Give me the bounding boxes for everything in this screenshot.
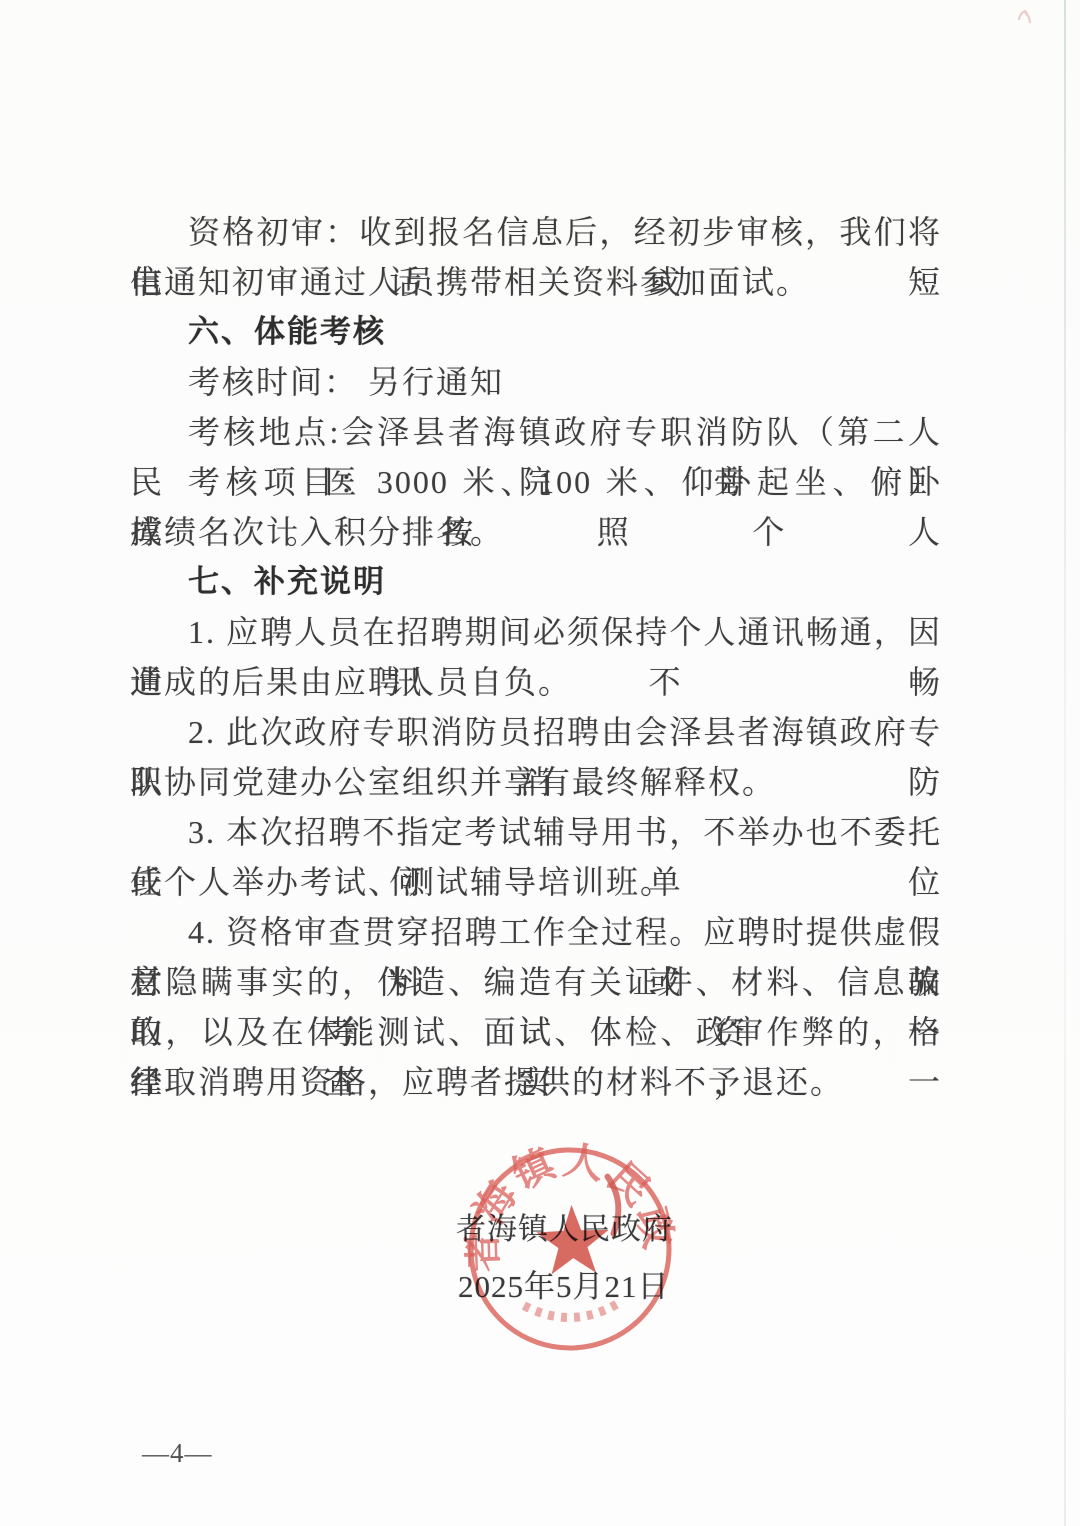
scanned-document-page: 资格初审：收到报名信息后，经初步审核，我们将电话或短信通知初审通过人员携带相关资…: [0, 0, 1080, 1526]
text-line: 资格初审：收到报名信息后，经初步审核，我们将电话或短: [130, 207, 942, 257]
scan-corner-mark: [1014, 2, 1034, 28]
text-line: 考核项目：3000 米、100 米、仰卧起坐、俯卧撑。按照个人: [130, 457, 942, 507]
text-line: 意隐瞒事实的，伪造、编造有关证件、材料、信息骗取考试资格: [130, 957, 942, 1007]
text-line: 2. 此次政府专职消防员招聘由会泽县者海镇政府专职消防: [130, 707, 942, 757]
text-line: 考核时间： 另行通知: [130, 357, 942, 407]
seal-star-icon: [535, 1204, 610, 1275]
text-line: 的，以及在体能测试、面试、体检、政审作弊的，一经查实，一: [130, 1007, 942, 1057]
text-line: 4. 资格审查贯穿招聘工作全过程。应聘时提供虚假材料或故: [130, 907, 942, 957]
text-line: 考核地点:会泽县者海镇政府专职消防队（第二人民医院旁）: [130, 407, 942, 457]
page-number: —4—: [142, 1438, 213, 1469]
text-line: 1. 应聘人员在招聘期间必须保持个人通讯畅通，因通讯不畅: [130, 607, 942, 657]
official-seal-stamp: 者海镇人民政府: [460, 1139, 679, 1358]
section-heading: 六、体能考核: [130, 307, 942, 357]
text-line: 3. 本次招聘不指定考试辅导用书，不举办也不委托任何单位: [130, 807, 942, 857]
document-body: 资格初审：收到报名信息后，经初步审核，我们将电话或短信通知初审通过人员携带相关资…: [130, 207, 942, 1107]
text-line: 律取消聘用资格，应聘者提供的材料不予退还。: [130, 1057, 942, 1107]
seal-code-marks: [524, 1302, 620, 1319]
scan-edge-line: [1064, 0, 1066, 1526]
section-heading: 七、补充说明: [130, 557, 942, 607]
